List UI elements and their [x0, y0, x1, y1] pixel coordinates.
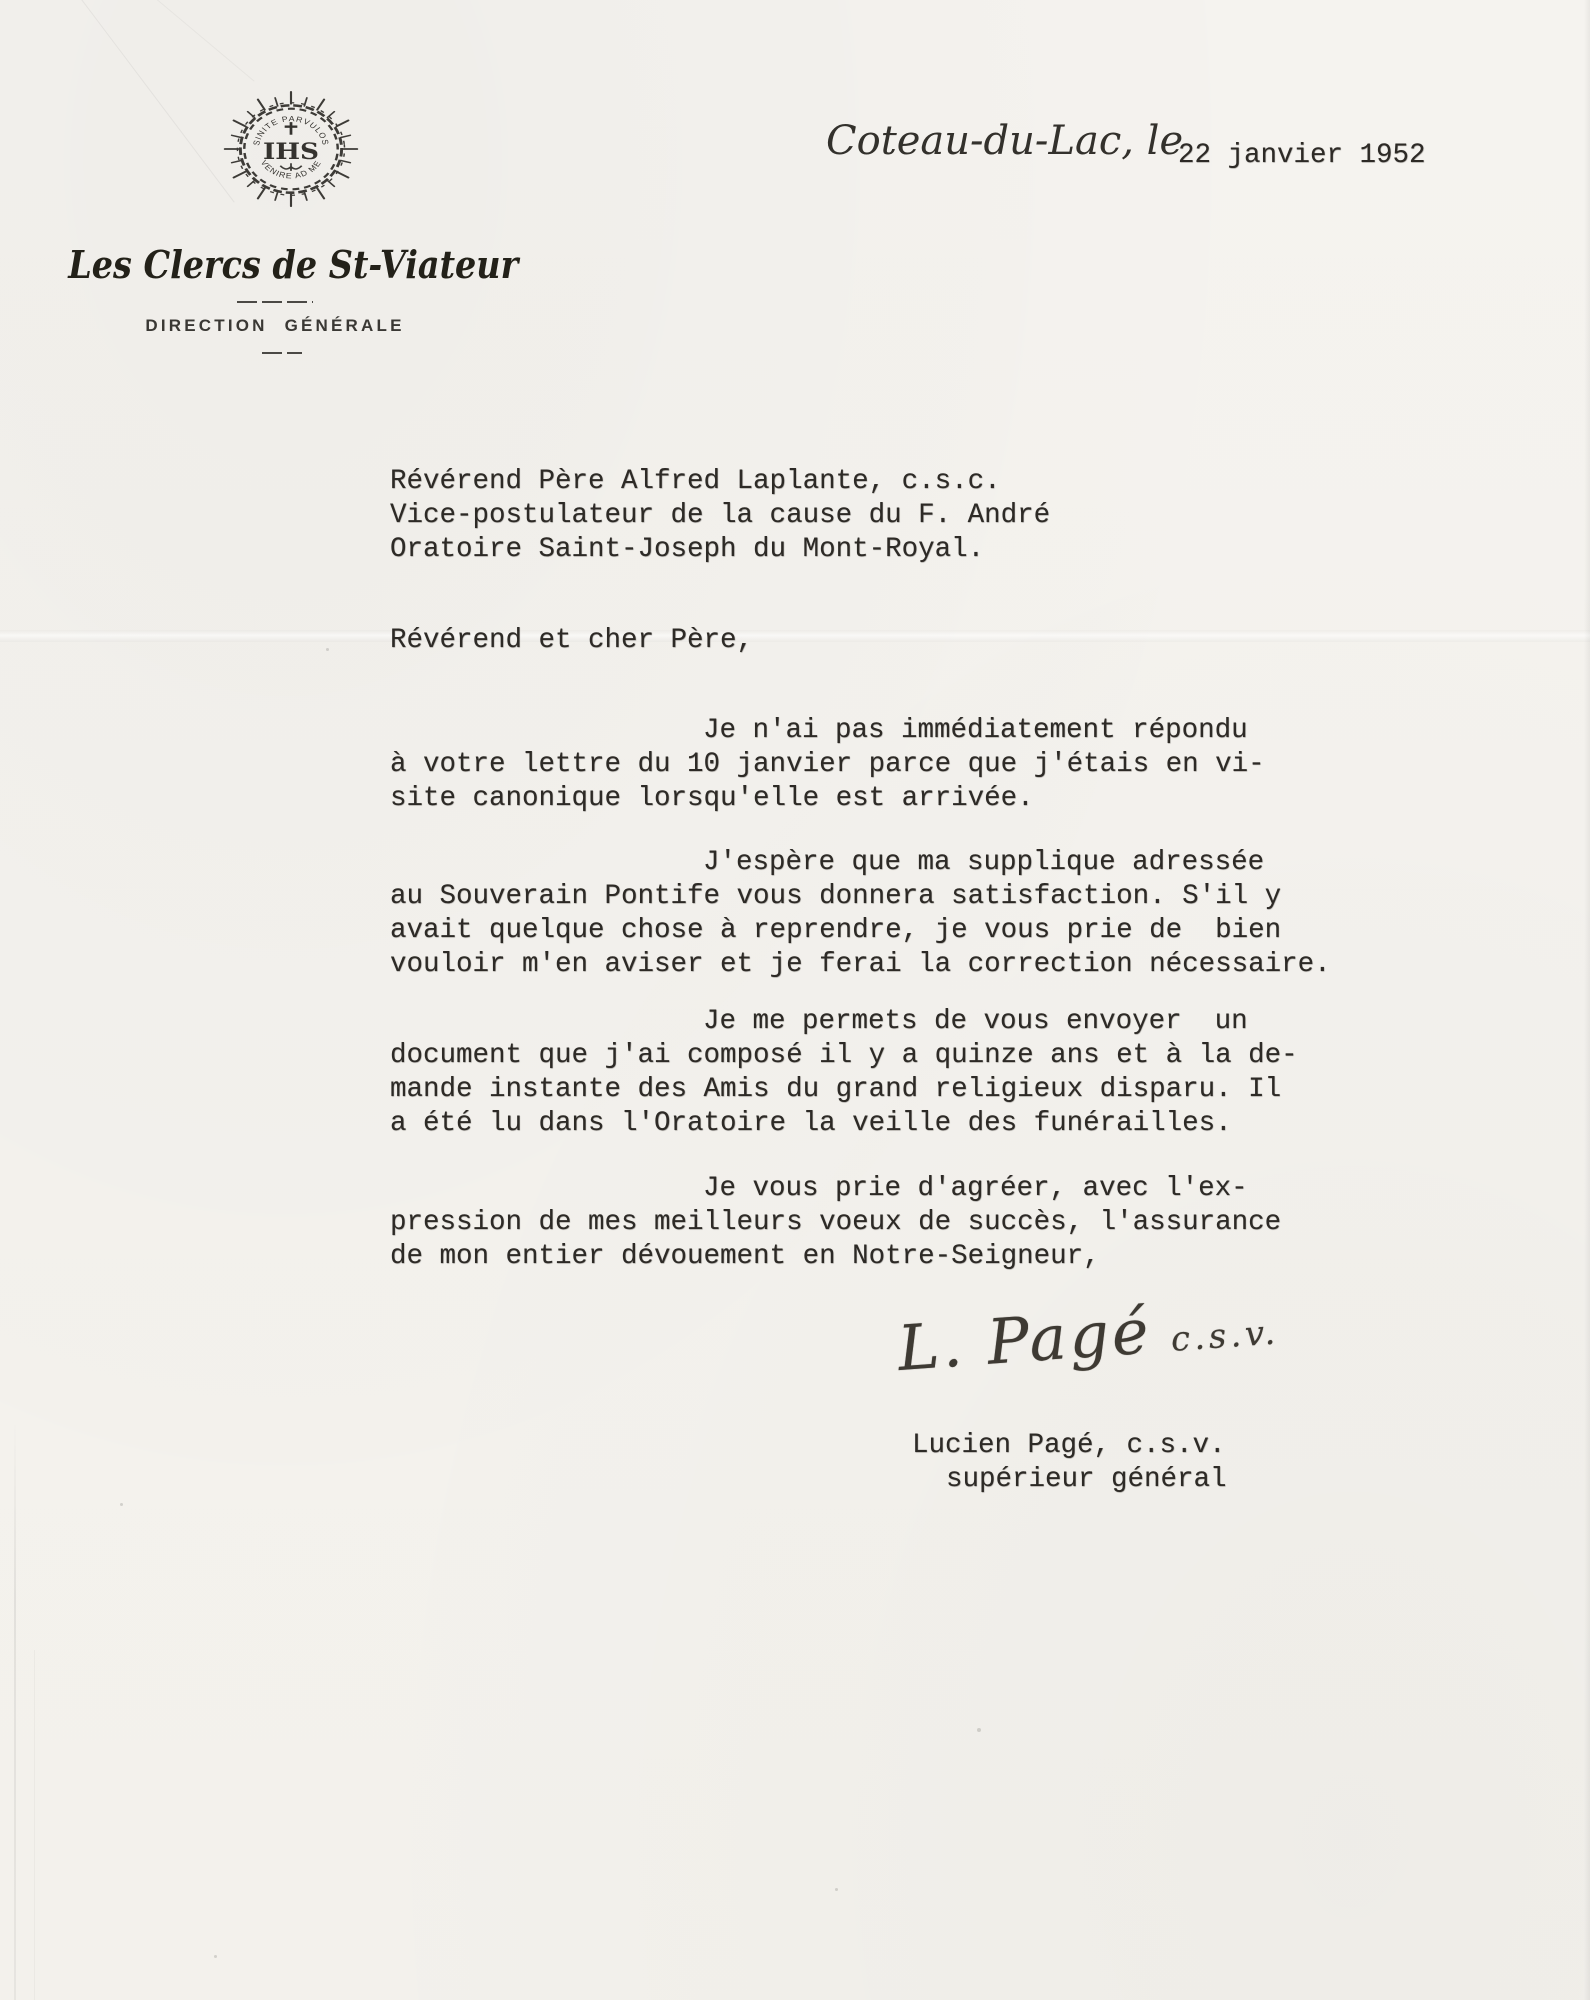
recipient-line: Révérend Père Alfred Laplante, c.s.c.: [390, 465, 1050, 499]
crown-of-thorns-ihs-emblem-icon: SINITE PARVULOS VENIRE AD ME IHS: [218, 86, 364, 212]
body-line: site canonique lorsqu'elle est arrivée.: [390, 782, 1265, 816]
recipient-line: Oratoire Saint-Joseph du Mont-Royal.: [390, 533, 1050, 567]
diagonal-crease: [35, 0, 234, 203]
body-line: vouloir m'en aviser et je ferai la corre…: [390, 948, 1331, 982]
body-paragraph-2: J'espère que ma supplique adressée au So…: [390, 846, 1331, 982]
body-line: J'espère que ma supplique adressée: [390, 846, 1331, 880]
paper-speck: [326, 648, 329, 651]
signer-typed-name: Lucien Pagé, c.s.v.: [912, 1429, 1226, 1463]
diagonal-crease: [85, 0, 254, 82]
recipient-address-block: Révérend Père Alfred Laplante, c.s.c. Vi…: [390, 465, 1050, 567]
handwritten-signature-name: L. Pagé: [895, 1294, 1153, 1385]
emblem-ihs-monogram: IHS: [263, 138, 319, 165]
body-line: à votre lettre du 10 janvier parce que j…: [390, 748, 1265, 782]
department-name: DIRECTION GÉNÉRALE: [40, 316, 510, 336]
body-paragraph-3: Je me permets de vous envoyer un documen…: [390, 1005, 1298, 1141]
body-line: avait quelque chose à reprendre, je vous…: [390, 914, 1331, 948]
body-line: pression de mes meilleurs voeux de succè…: [390, 1206, 1281, 1240]
signer-typed-title: supérieur général: [946, 1463, 1227, 1497]
body-paragraph-4: Je vous prie d'agréer, avec l'ex- pressi…: [390, 1172, 1281, 1274]
left-edge-fold-line: [14, 1420, 16, 2000]
left-edge-fold-line: [34, 1650, 35, 2000]
scanned-letter-page: SINITE PARVULOS VENIRE AD ME IHS Les Cle…: [0, 0, 1590, 2000]
paper-speck: [120, 1503, 123, 1506]
organization-name: Les Clercs de St-Viateur: [68, 242, 482, 287]
dateline-date-typed: 22 janvier 1952: [1178, 140, 1426, 171]
body-line: de mon entier dévouement en Notre-Seigne…: [390, 1240, 1281, 1274]
body-paragraph-1: Je n'ai pas immédiatement répondu à votr…: [390, 714, 1265, 816]
right-paper-edge-shading: [1584, 0, 1590, 2000]
body-line: Je me permets de vous envoyer un: [390, 1005, 1298, 1039]
recipient-line: Vice-postulateur de la cause du F. André: [390, 499, 1050, 533]
letterhead-divider: [262, 352, 302, 354]
handwritten-signature-suffix: c.s.v.: [1170, 1312, 1281, 1359]
body-line: Je vous prie d'agréer, avec l'ex-: [390, 1172, 1281, 1206]
letterhead-divider: [237, 301, 313, 303]
dateline-place-script: Coteau-du-Lac, le: [826, 118, 1183, 164]
paper-speck: [977, 1728, 981, 1732]
body-line: a été lu dans l'Oratoire la veille des f…: [390, 1107, 1298, 1141]
body-line: Je n'ai pas immédiatement répondu: [390, 714, 1265, 748]
paper-speck: [214, 1955, 217, 1958]
body-line: document que j'ai composé il y a quinze …: [390, 1039, 1298, 1073]
handwritten-signature: L. Pagé c.s.v.: [895, 1280, 1359, 1385]
paper-speck: [835, 1888, 838, 1891]
salutation: Révérend et cher Père,: [390, 624, 753, 658]
body-line: mande instante des Amis du grand religie…: [390, 1073, 1298, 1107]
body-line: au Souverain Pontife vous donnera satisf…: [390, 880, 1331, 914]
horizontal-fold-crease: [0, 630, 1590, 642]
